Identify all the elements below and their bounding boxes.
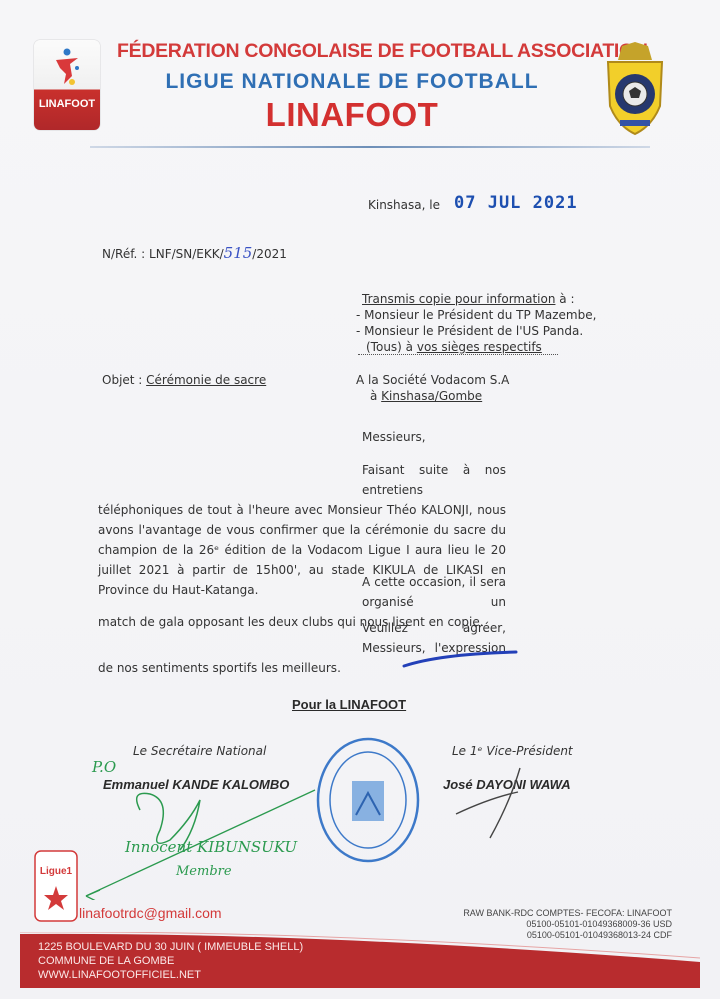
logo-text: LINAFOOT [34,98,100,110]
letter-page: LINAFOOT FÉDERATION CONGOLAISE DE FOOTBA… [0,0,720,999]
linafoot-logo: LINAFOOT [34,40,100,130]
date-prefix: Kinshasa, le [368,198,440,212]
salutation: Messieurs, [362,430,426,444]
website-link[interactable]: WWW.LINAFOOTOFFICIEL.NET [38,968,303,982]
reference-suffix: /2021 [252,247,287,261]
reference-prefix: N/Réf. : LNF/SN/EKK/ [102,247,224,261]
header-divider [90,146,650,148]
pen-stroke [400,648,520,670]
copy-item: - Monsieur le Président de l'US Panda. [356,324,583,338]
league-name: LIGUE NATIONALE DE FOOTBALL [117,70,587,94]
subject-line: Objet : Cérémonie de sacre [102,373,266,387]
copy-closing: (Tous) à vos sièges respectifs [366,340,542,354]
svg-text:Ligue1: Ligue1 [40,866,73,877]
federation-name: FÉDERATION CONGOLAISE DE FOOTBALL ASSOCI… [117,40,587,63]
recipient-line2: à Kinshasa/Gombe [370,389,482,403]
green-signature [80,770,320,900]
handwritten-member-name: Innocent KIBUNSUKU [125,838,297,856]
handwritten-member-role: Membre [176,864,232,879]
contact-email[interactable]: linafootrdc@gmail.com [79,905,222,921]
for-linafoot-label: Pour la LINAFOOT [292,697,406,712]
league-acronym: LINAFOOT [117,96,587,134]
copy-item: - Monsieur le Président du TP Mazembe, [356,308,596,322]
right-signatory-title: Le 1ᵉ Vice-Président [452,744,573,758]
reference-number: 515 [224,244,253,262]
footballer-icon [52,48,82,88]
address-block: 1225 BOULEVARD DU 30 JUIN ( IMMEUBLE SHE… [38,940,303,982]
dotted-separator [358,354,558,355]
recipient-line1: A la Société Vodacom S.A [356,373,509,387]
fecofa-crest-icon [602,42,668,136]
copy-heading: Transmis copie pour information à : [362,292,575,306]
left-signatory-title: Le Secrétaire National [133,744,266,758]
vodacom-ligue1-logo: Ligue1 [34,850,78,922]
date-stamp: 07 JUL 2021 [454,193,578,213]
right-signature [450,762,540,842]
official-stamp-icon [316,737,420,863]
reference-line: N/Réf. : LNF/SN/EKK/515/2021 [102,244,287,262]
